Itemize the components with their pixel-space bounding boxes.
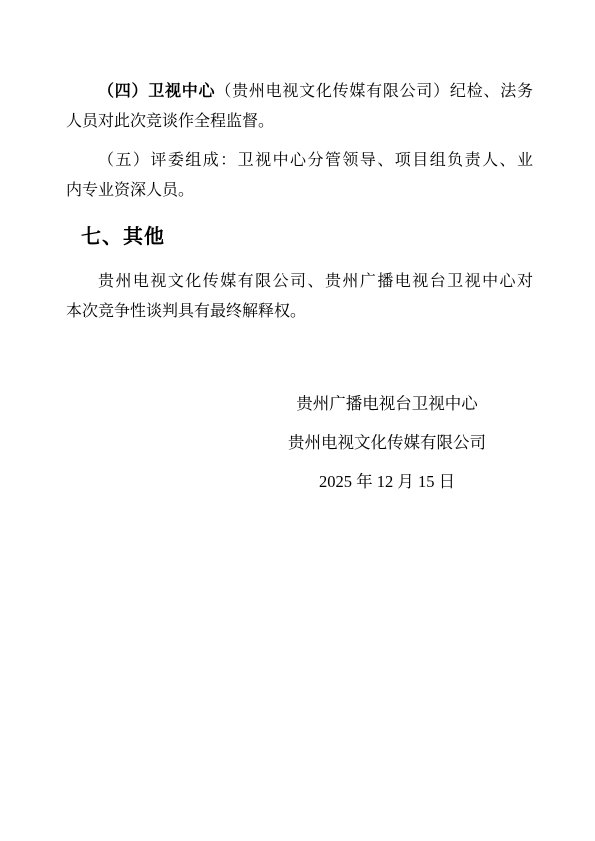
signature-org-2: 贵州电视文化传媒有限公司 [287,423,487,462]
signature-org-1: 贵州广播电视台卫视中心 [287,384,487,423]
paragraph-item-four-line-2: 人员对此次竞谈作全程监督。 [66,107,533,137]
signature-block: 贵州广播电视台卫视中心 贵州电视文化传媒有限公司 2025 年 12 月 15 … [287,384,487,501]
item-four-line-1-rest: （贵州电视文化传媒有限公司）纪检、法务 [215,83,533,100]
paragraph-closing: 贵州电视文化传媒有限公司、贵州广播电视台卫视中心对 本次竞争性谈判具有最终解释权… [66,267,533,327]
paragraph-item-four: （四）卫视中心（贵州电视文化传媒有限公司）纪检、法务 人员对此次竞谈作全程监督。 [66,77,533,137]
paragraph-item-five: （五）评委组成：卫视中心分管领导、项目组负责人、业 内专业资深人员。 [66,146,533,206]
paragraph-item-four-line-1: （四）卫视中心（贵州电视文化传媒有限公司）纪检、法务 [66,77,533,107]
signature-date: 2025 年 12 月 15 日 [287,462,487,501]
section-heading-seven: 七、其他 [81,222,533,252]
paragraph-item-five-line-2: 内专业资深人员。 [66,176,533,206]
document-page: （四）卫视中心（贵州电视文化传媒有限公司）纪检、法务 人员对此次竞谈作全程监督。… [0,0,595,841]
paragraph-item-five-line-1: （五）评委组成：卫视中心分管领导、项目组负责人、业 [66,146,533,176]
paragraph-closing-line-2: 本次竞争性谈判具有最终解释权。 [66,297,533,327]
paragraph-closing-line-1: 贵州电视文化传媒有限公司、贵州广播电视台卫视中心对 [66,267,533,297]
item-four-lead-bold: （四）卫视中心 [98,83,215,100]
